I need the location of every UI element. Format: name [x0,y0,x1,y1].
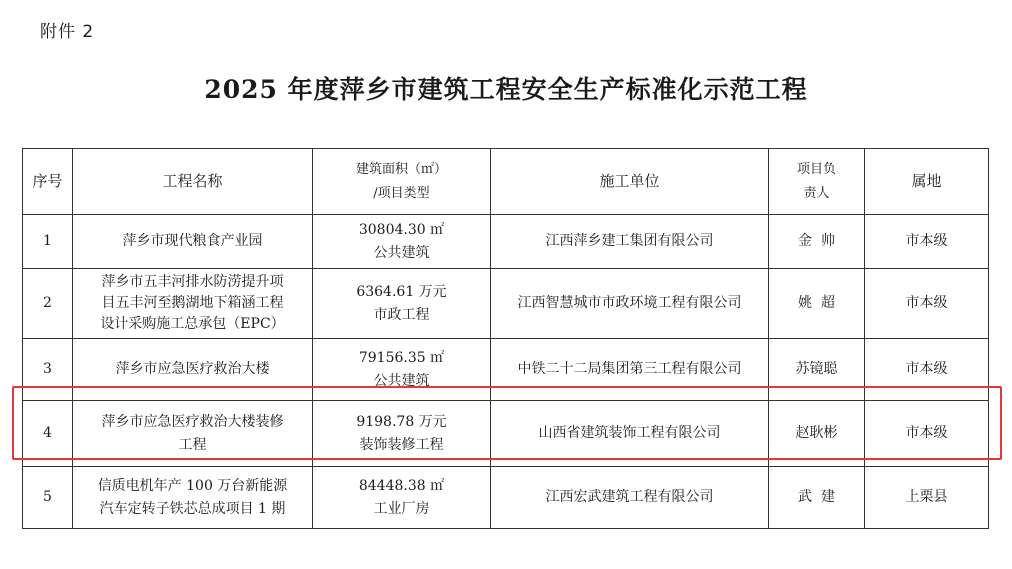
row-contractor: 江西萍乡建工集团有限公司 [491,215,769,269]
row-type: 工业厂房 [317,498,486,521]
row-area: 79156.35 ㎡ [317,347,486,370]
row-type: 公共建筑 [317,242,486,265]
project-name-line: 萍乡市应急医疗救治大楼装修 [77,411,308,434]
table-row: 5 信质电机年产 100 万台新能源 汽车定转子铁芯总成项目 1 期 84448… [23,467,989,529]
row-region: 上栗县 [865,467,989,529]
project-name-line: 萍乡市现代粮食产业园 [77,230,308,253]
table-row: 1 萍乡市现代粮食产业园 30804.30 ㎡ 公共建筑 江西萍乡建工集团有限公… [23,215,989,269]
row-type: 公共建筑 [317,370,486,393]
row-area-type: 6364.61 万元 市政工程 [313,269,491,339]
header-area: 建筑面积（㎡） /项目类型 [313,149,491,215]
row-index: 5 [23,467,73,529]
row-region: 市本级 [865,401,989,467]
header-manager-line2: 责人 [773,182,860,206]
header-area-line1: 建筑面积（㎡） [317,158,486,182]
row-index: 1 [23,215,73,269]
project-name-line: 工程 [77,434,308,457]
project-name-line: 汽车定转子铁芯总成项目 1 期 [77,498,308,521]
row-region: 市本级 [865,269,989,339]
row-project-name: 萍乡市应急医疗救治大楼 [73,339,313,401]
row-manager: 苏镜聪 [769,339,865,401]
row-area-type: 84448.38 ㎡ 工业厂房 [313,467,491,529]
header-contractor: 施工单位 [491,149,769,215]
row-index: 4 [23,401,73,467]
row-type: 装饰装修工程 [317,434,486,457]
row-type: 市政工程 [317,304,486,327]
row-manager: 金 帅 [769,215,865,269]
row-project-name: 萍乡市应急医疗救治大楼装修 工程 [73,401,313,467]
projects-table: 序号 工程名称 建筑面积（㎡） /项目类型 施工单位 项目负 责人 属地 1 萍… [22,148,989,529]
header-area-line2: /项目类型 [317,182,486,206]
table-row: 2 萍乡市五丰河排水防涝提升项 目五丰河至鹅湖地下箱涵工程 设计采购施工总承包（… [23,269,989,339]
row-area-type: 79156.35 ㎡ 公共建筑 [313,339,491,401]
header-index: 序号 [23,149,73,215]
header-manager-line1: 项目负 [773,158,860,182]
table-row-highlighted: 4 萍乡市应急医疗救治大楼装修 工程 9198.78 万元 装饰装修工程 山西省… [23,401,989,467]
header-name: 工程名称 [73,149,313,215]
row-contractor: 江西宏武建筑工程有限公司 [491,467,769,529]
row-area: 84448.38 ㎡ [317,475,486,498]
project-name-line: 萍乡市应急医疗救治大楼 [77,358,308,381]
document-title: 2025 年度萍乡市建筑工程安全生产标准化示范工程 [0,70,1012,106]
row-index: 3 [23,339,73,401]
header-manager: 项目负 责人 [769,149,865,215]
project-name-line: 萍乡市五丰河排水防涝提升项 [77,272,308,293]
row-project-name: 信质电机年产 100 万台新能源 汽车定转子铁芯总成项目 1 期 [73,467,313,529]
row-index: 2 [23,269,73,339]
header-region: 属地 [865,149,989,215]
table-row: 3 萍乡市应急医疗救治大楼 79156.35 ㎡ 公共建筑 中铁二十二局集团第三… [23,339,989,401]
attachment-label: 附件 2 [40,17,94,42]
project-name-line: 设计采购施工总承包（EPC） [77,314,308,335]
row-region: 市本级 [865,339,989,401]
row-project-name: 萍乡市现代粮食产业园 [73,215,313,269]
table-header-row: 序号 工程名称 建筑面积（㎡） /项目类型 施工单位 项目负 责人 属地 [23,149,989,215]
project-name-line: 信质电机年产 100 万台新能源 [77,475,308,498]
row-area-type: 9198.78 万元 装饰装修工程 [313,401,491,467]
row-contractor: 中铁二十二局集团第三工程有限公司 [491,339,769,401]
row-area: 6364.61 万元 [317,281,486,304]
row-contractor: 山西省建筑装饰工程有限公司 [491,401,769,467]
row-contractor: 江西智慧城市市政环境工程有限公司 [491,269,769,339]
row-manager: 姚 超 [769,269,865,339]
row-manager: 赵耿彬 [769,401,865,467]
row-region: 市本级 [865,215,989,269]
project-name-line: 目五丰河至鹅湖地下箱涵工程 [77,293,308,314]
row-area-type: 30804.30 ㎡ 公共建筑 [313,215,491,269]
row-project-name: 萍乡市五丰河排水防涝提升项 目五丰河至鹅湖地下箱涵工程 设计采购施工总承包（EP… [73,269,313,339]
row-area: 9198.78 万元 [317,411,486,434]
row-manager: 武 建 [769,467,865,529]
row-area: 30804.30 ㎡ [317,219,486,242]
